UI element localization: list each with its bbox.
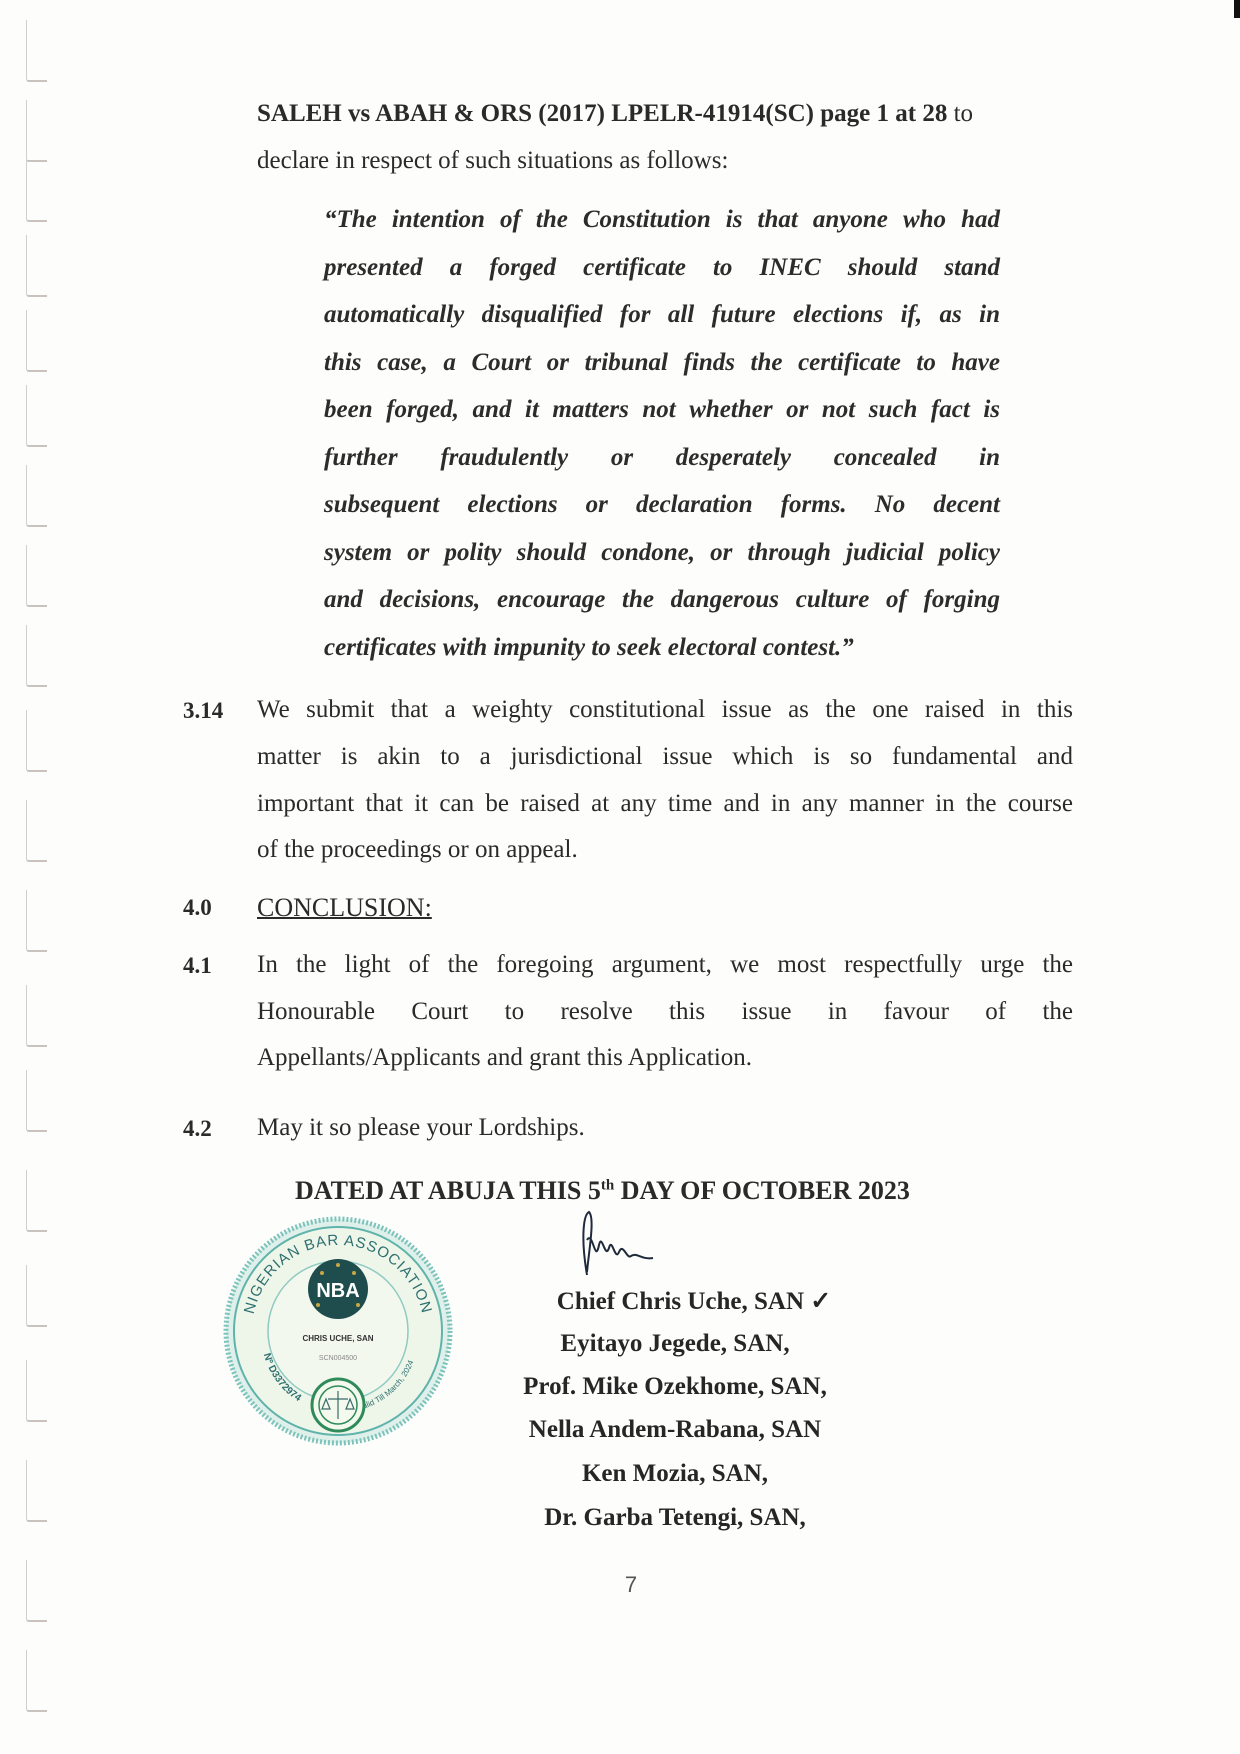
binder-mark xyxy=(26,235,47,297)
binder-mark xyxy=(26,20,47,82)
signatory-name: Ken Mozia, SAN, xyxy=(465,1460,885,1488)
dated-suffix: DAY OF OCTOBER 2023 xyxy=(614,1176,910,1205)
quote-line: presented a forged certificate to INEC s… xyxy=(324,254,1000,282)
quote-line: certificates with impunity to seek elect… xyxy=(324,634,1000,662)
para-line: May it so please your Lordships. xyxy=(257,1114,1073,1142)
para-line: We submit that a weighty constitutional … xyxy=(257,696,1073,724)
binder-mark xyxy=(26,465,47,527)
section-number: 4.0 xyxy=(183,895,212,921)
dated-prefix: DATED AT ABUJA THIS 5 xyxy=(295,1176,601,1205)
quote-line: system or polity should condone, or thro… xyxy=(324,539,1000,567)
nba-logo-text: NBA xyxy=(316,1280,359,1302)
quote-line: further fraudulently or desperately conc… xyxy=(324,444,1000,472)
para-number: 4.2 xyxy=(183,1116,212,1142)
para-line: matter is akin to a jurisdictional issue… xyxy=(257,743,1073,771)
intro-line-2: declare in respect of such situations as… xyxy=(257,147,728,175)
dated-line: DATED AT ABUJA THIS 5th DAY OF OCTOBER 2… xyxy=(295,1176,910,1206)
para-number: 4.1 xyxy=(183,953,212,979)
dated-sup: th xyxy=(601,1177,614,1193)
binder-mark xyxy=(26,890,47,952)
binder-mark xyxy=(26,545,47,607)
binder-mark xyxy=(26,625,47,687)
signature xyxy=(575,1210,665,1285)
quote-line: this case, a Court or tribunal finds the… xyxy=(324,349,1000,377)
section-heading: CONCLUSION: xyxy=(257,893,1073,923)
binder-mark xyxy=(26,100,47,162)
para-line: In the light of the foregoing argument, … xyxy=(257,951,1073,979)
citation-line: SALEH vs ABAH & ORS (2017) LPELR-41914(S… xyxy=(257,100,973,128)
para-number: 3.14 xyxy=(183,698,223,724)
binder-mark xyxy=(26,710,47,772)
page-number: 7 xyxy=(0,1572,1240,1598)
quote-line: and decisions, encourage the dangerous c… xyxy=(324,586,1000,614)
binder-mark xyxy=(26,160,47,222)
binder-mark xyxy=(26,1460,47,1522)
quote-line: been forged, and it matters not whether … xyxy=(324,396,1000,424)
binder-mark xyxy=(26,1170,47,1232)
binder-mark xyxy=(26,800,47,862)
edge-mark xyxy=(1234,0,1240,18)
binder-mark xyxy=(26,385,47,447)
quote-line: “The intention of the Constitution is th… xyxy=(324,206,1000,234)
para-line: important that it can be raised at any t… xyxy=(257,790,1073,818)
binder-mark xyxy=(26,1360,47,1422)
quote-line: subsequent elections or declaration form… xyxy=(324,491,1000,519)
binder-mark xyxy=(26,1265,47,1327)
citation-tail: to xyxy=(947,100,973,127)
signatory-name: Nella Andem-Rabana, SAN xyxy=(465,1416,885,1444)
para-line: Appellants/Applicants and grant this App… xyxy=(257,1044,1073,1072)
binder-mark xyxy=(26,985,47,1047)
signatory-name: Prof. Mike Ozekhome, SAN, xyxy=(465,1373,885,1401)
stamp-holder: CHRIS UCHE, SAN xyxy=(302,1334,373,1343)
case-citation: SALEH vs ABAH & ORS (2017) LPELR-41914(S… xyxy=(257,100,947,127)
binder-mark xyxy=(26,1070,47,1132)
para-line: Honourable Court to resolve this issue i… xyxy=(257,998,1073,1026)
quote-line: automatically disqualified for all futur… xyxy=(324,301,1000,329)
stamp-code: SCN004500 xyxy=(319,1355,357,1362)
binder-mark xyxy=(26,310,47,372)
signatory-name: Eyitayo Jegede, SAN, xyxy=(465,1330,885,1358)
nba-stamp: NIGERIAN BAR ASSOCIATION Nº D3372974 Val… xyxy=(222,1215,454,1447)
para-line: of the proceedings or on appeal. xyxy=(257,836,1073,864)
binder-mark xyxy=(26,1650,47,1712)
signatory-name: Dr. Garba Tetengi, SAN, xyxy=(465,1504,885,1532)
signatory-name: Chief Chris Uche, SAN ✓ xyxy=(484,1286,904,1316)
